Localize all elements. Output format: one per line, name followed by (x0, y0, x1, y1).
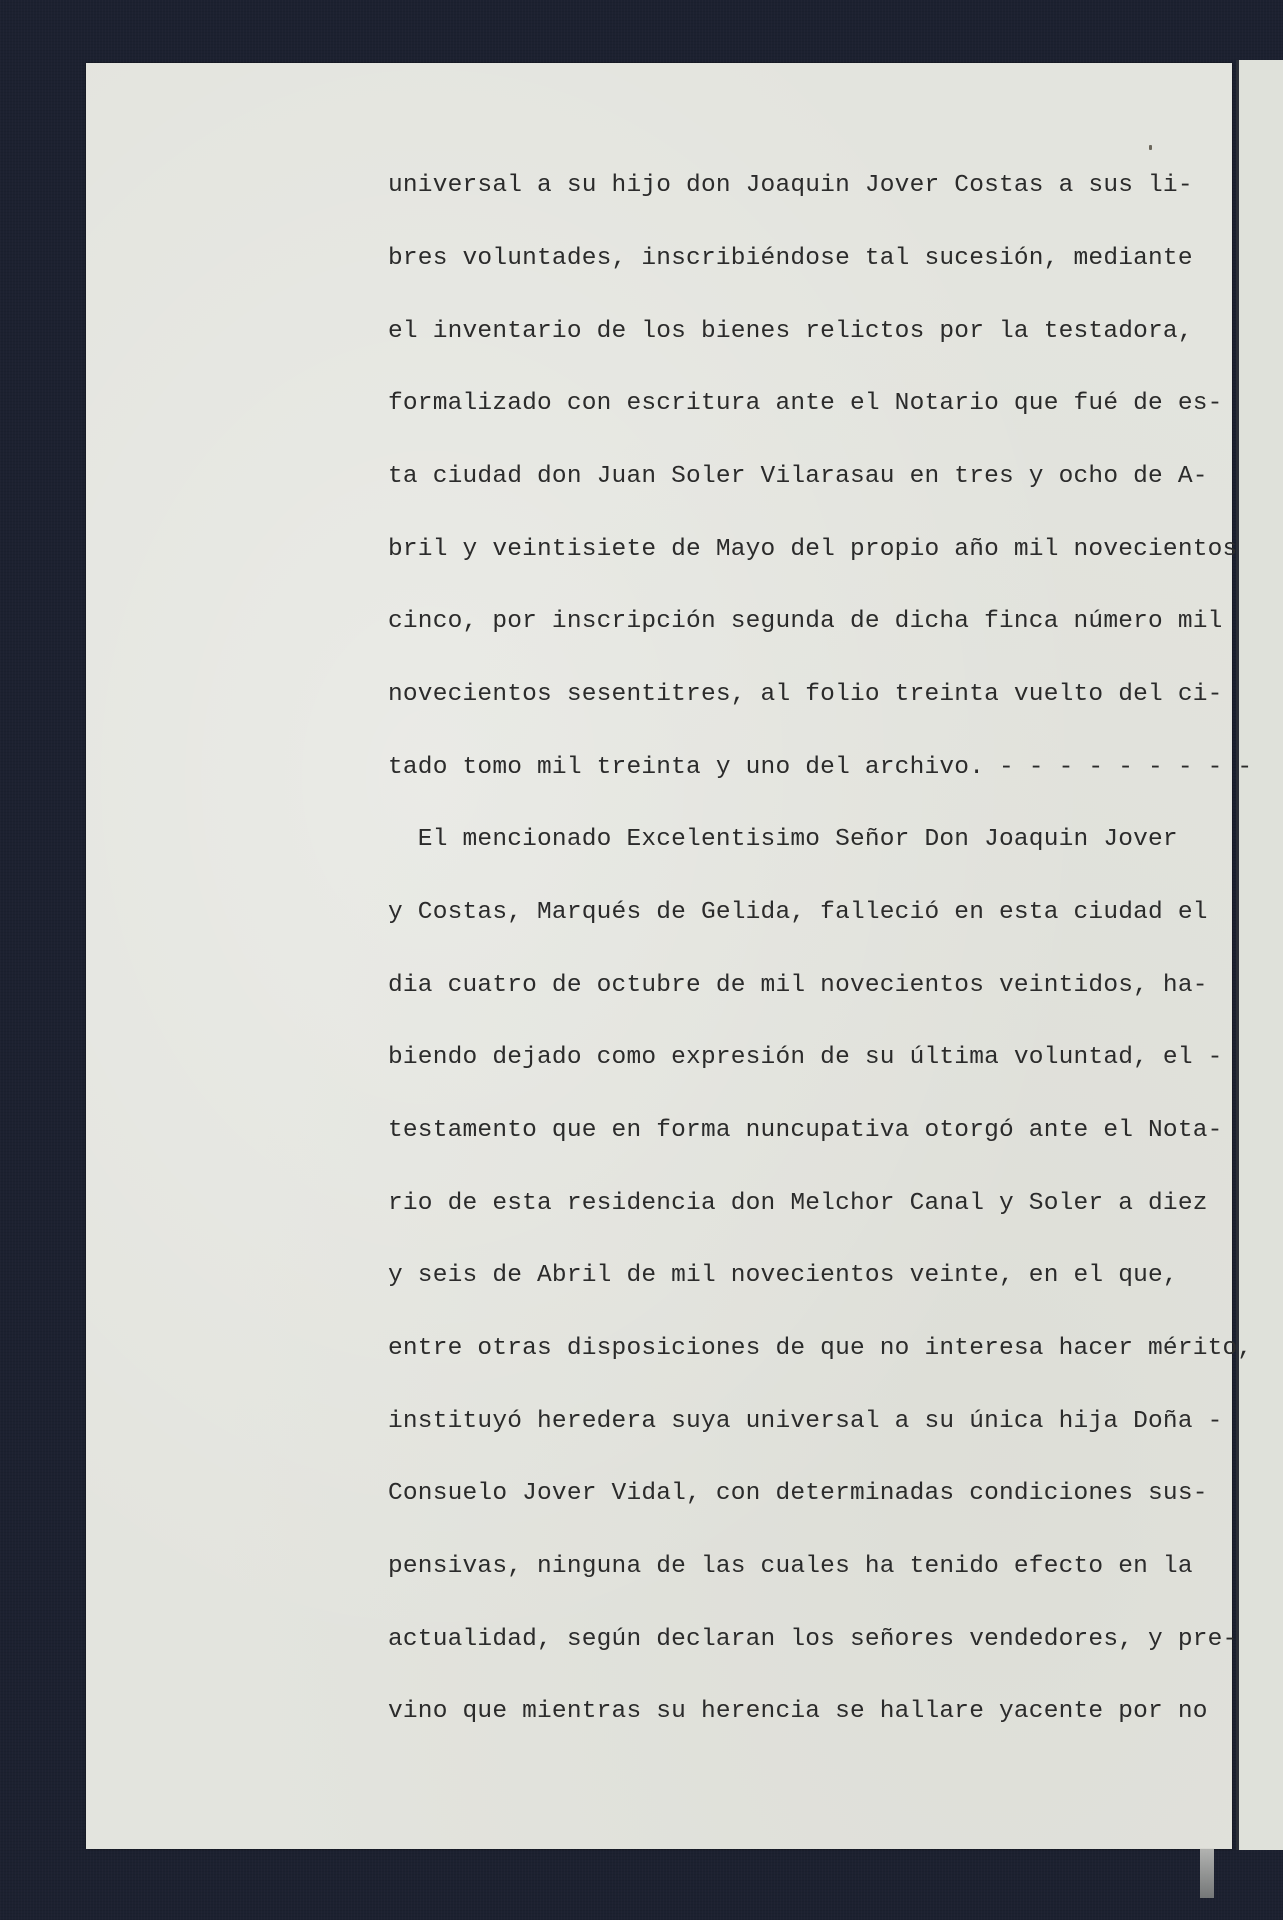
document-page: universal a su hijo don Joaquin Jover Co… (86, 63, 1232, 1849)
text-line-7: cinco, por inscripción segunda de dicha … (388, 607, 1223, 637)
text-line-17: entre otras disposiciones de que no inte… (388, 1334, 1252, 1364)
text-line-15: rio de esta residencia don Melchor Canal… (388, 1189, 1208, 1219)
text-line-5: ta ciudad don Juan Soler Vilarasau en tr… (388, 462, 1208, 492)
text-line-11: y Costas, Marqués de Gelida, falleció en… (388, 898, 1208, 928)
text-line-21: actualidad, según declaran los señores v… (388, 1625, 1237, 1655)
text-line-22: vino que mientras su herencia se hallare… (388, 1697, 1208, 1727)
text-line-2: bres voluntades, inscribiéndose tal suce… (388, 244, 1193, 274)
text-line-20: pensivas, ninguna de las cuales ha tenid… (388, 1552, 1193, 1582)
text-line-19: Consuelo Jover Vidal, con determinadas c… (388, 1479, 1208, 1509)
adjacent-page-edge (1236, 60, 1283, 1850)
text-line-12: dia cuatro de octubre de mil novecientos… (388, 971, 1208, 1001)
text-line-3: el inventario de los bienes relictos por… (388, 317, 1193, 347)
paper-tab-strip (1200, 1848, 1214, 1898)
text-line-6: bril y veintisiete de Mayo del propio añ… (388, 535, 1237, 565)
text-line-1: universal a su hijo don Joaquin Jover Co… (388, 171, 1193, 201)
text-line-8: novecientos sesentitres, al folio treint… (388, 680, 1223, 710)
text-line-18: instituyó heredera suya universal a su ú… (388, 1407, 1223, 1437)
text-line-14: testamento que en forma nuncupativa otor… (388, 1116, 1223, 1146)
text-line-4: formalizado con escritura ante el Notari… (388, 389, 1223, 419)
text-line-10-paragraph-start: El mencionado Excelentisimo Señor Don Jo… (388, 825, 1178, 855)
ink-speck (1149, 145, 1152, 150)
text-line-13: biendo dejado como expresión de su últim… (388, 1043, 1223, 1073)
text-line-9: tado tomo mil treinta y uno del archivo.… (388, 753, 1252, 783)
text-line-16: y seis de Abril de mil novecientos veint… (388, 1261, 1178, 1291)
